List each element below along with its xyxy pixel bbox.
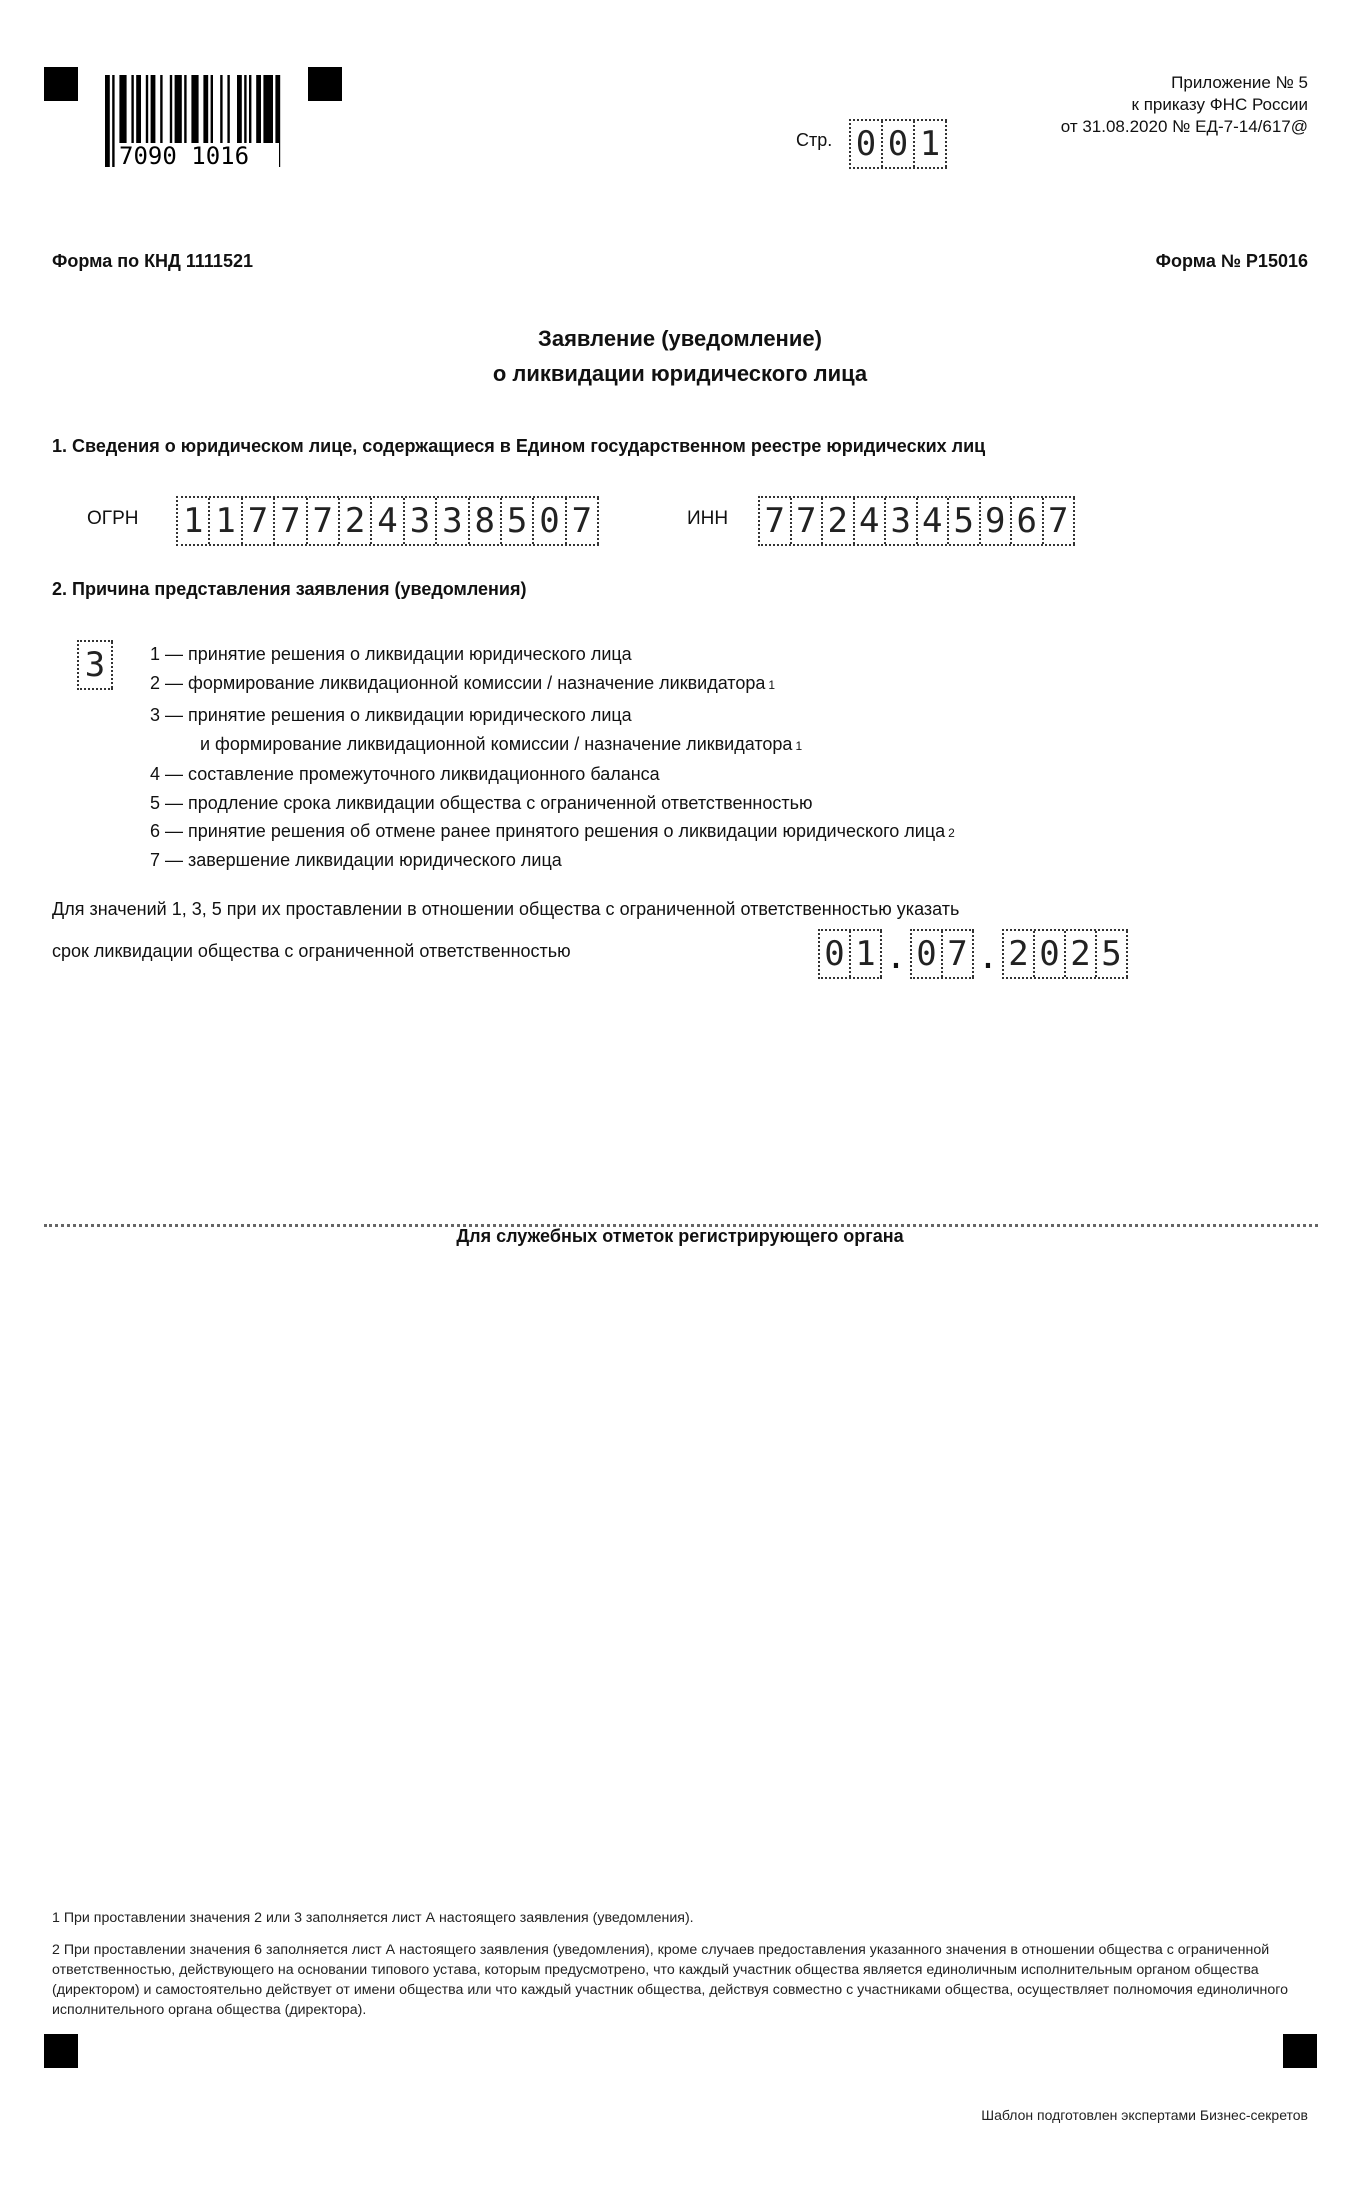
field-cell: 1 (915, 121, 947, 167)
page-number-field[interactable]: 001 (849, 119, 947, 169)
field-cell: 1 (851, 931, 882, 977)
field-cell: 7 (792, 498, 824, 544)
section-1-heading: 1. Сведения о юридическом лице, содержащ… (52, 436, 985, 457)
document-title: Заявление (уведомление) о ликвидации юри… (0, 321, 1360, 391)
field-cell: 7 (308, 498, 340, 544)
field-cell: 0 (534, 498, 566, 544)
reason-list: 1 — принятие решения о ликвидации юридич… (150, 641, 955, 875)
date-part[interactable]: 2025 (1002, 929, 1128, 979)
field-cell: 2 (1066, 931, 1097, 977)
barcode: 7090 1016 (105, 75, 283, 171)
field-cell: 5 (502, 498, 534, 544)
field-cell: 9 (981, 498, 1013, 544)
reason-item: 5 — продление срока ликвидации общества … (150, 790, 955, 819)
field-cell: 4 (918, 498, 950, 544)
date-part[interactable]: 01 (818, 929, 882, 979)
field-cell: 7 (1044, 498, 1076, 544)
field-cell: 4 (372, 498, 404, 544)
ogrn-label: ОГРН (87, 508, 138, 530)
field-cell: 2 (340, 498, 372, 544)
field-cell: 5 (1097, 931, 1128, 977)
field-cell: 3 (437, 498, 469, 544)
appendix-line: от 31.08.2020 № ЕД-7-14/617@ (1061, 116, 1308, 138)
inn-label: ИНН (687, 508, 728, 530)
date-part[interactable]: 07 (910, 929, 974, 979)
form-number: Форма № Р15016 (1156, 251, 1308, 272)
appendix-line: Приложение № 5 (1061, 72, 1308, 94)
field-cell: 0 (883, 121, 915, 167)
field-cell: 7 (567, 498, 599, 544)
field-cell: 5 (949, 498, 981, 544)
registration-marker-bottom-right (1283, 2034, 1317, 2068)
liquidation-date-field[interactable]: 01.07.2025 (818, 929, 1128, 975)
field-cell: 7 (760, 498, 792, 544)
field-cell: 4 (855, 498, 887, 544)
reason-item: 6 — принятие решения об отмене ранее при… (150, 818, 955, 847)
service-area-label: Для служебных отметок регистрирующего ор… (0, 1226, 1360, 1247)
field-cell: 7 (275, 498, 307, 544)
field-cell: 7 (943, 931, 974, 977)
date-separator: . (882, 929, 910, 979)
title-line-1: Заявление (уведомление) (0, 321, 1360, 356)
liquidation-note-line-1: Для значений 1, 3, 5 при их проставлении… (52, 899, 959, 920)
section-2-heading: 2. Причина представления заявления (увед… (52, 579, 526, 600)
field-cell: 0 (851, 121, 883, 167)
field-cell: 8 (470, 498, 502, 544)
field-cell: 6 (1012, 498, 1044, 544)
page-label: Стр. (796, 130, 832, 151)
template-credit: Шаблон подготовлен экспертами Бизнес-сек… (981, 2107, 1308, 2123)
field-cell: 0 (912, 931, 943, 977)
field-cell: 3 (886, 498, 918, 544)
reason-item: 2 — формирование ликвидационной комиссии… (150, 670, 955, 699)
form-knd: Форма по КНД 1111521 (52, 251, 253, 272)
reason-item: 1 — принятие решения о ликвидации юридич… (150, 641, 955, 670)
reason-item: 3 — принятие решения о ликвидации юридич… (150, 702, 955, 731)
field-cell: 2 (1004, 931, 1035, 977)
footnote-1: 1 При проставлении значения 2 или 3 запо… (52, 1908, 1317, 1928)
field-cell: 1 (210, 498, 242, 544)
barcode-number: 7090 1016 (117, 143, 279, 169)
date-separator: . (974, 929, 1002, 979)
registration-marker-top-right (308, 67, 342, 101)
field-cell: 0 (820, 931, 851, 977)
field-cell: 2 (823, 498, 855, 544)
field-cell: 3 (405, 498, 437, 544)
registration-marker-bottom-left (44, 2034, 78, 2068)
registration-marker-top-left (44, 67, 78, 101)
reason-item: 4 — составление промежуточного ликвидаци… (150, 761, 955, 790)
liquidation-note-line-2: срок ликвидации общества с ограниченной … (52, 941, 571, 962)
appendix-line: к приказу ФНС России (1061, 94, 1308, 116)
reason-code-field[interactable]: 3 (77, 640, 113, 690)
field-cell: 1 (178, 498, 210, 544)
footnote-2: 2 При проставлении значения 6 заполняетс… (52, 1940, 1317, 2020)
field-cell: 0 (1035, 931, 1066, 977)
title-line-2: о ликвидации юридического лица (0, 356, 1360, 391)
field-cell: 3 (79, 642, 113, 688)
reason-item: 7 — завершение ликвидации юридического л… (150, 847, 955, 876)
appendix-reference: Приложение № 5 к приказу ФНС России от 3… (1061, 72, 1308, 138)
field-cell: 7 (243, 498, 275, 544)
inn-field[interactable]: 7724345967 (758, 496, 1075, 546)
reason-item-continuation: и формирование ликвидационной комиссии /… (150, 731, 955, 760)
ogrn-field[interactable]: 1177724338507 (176, 496, 599, 546)
